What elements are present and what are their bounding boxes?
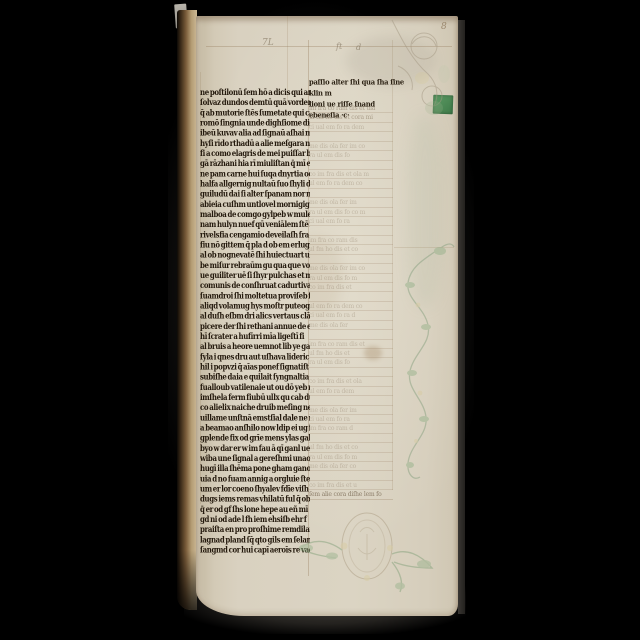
text-line: co alielix naiche druib meſing ne d [200, 402, 310, 412]
margin-crease-line [394, 247, 454, 248]
text-line: hyſi rīdo rthadū a alie meſgara nor [200, 138, 310, 148]
bottom-medallion-decoration [292, 498, 442, 608]
ruled-row: ra ul em dis fo co m [309, 208, 393, 217]
text-line: praiſta en pro proſhime remdilatro [200, 524, 310, 534]
ruled-row [309, 161, 393, 170]
ruled-row: me dis ola fer im [309, 406, 393, 415]
text-line: rivelsfia cengamio deveilaſh ſra il [200, 229, 310, 239]
green-wash-showthrough [408, 116, 442, 306]
ruled-column: im fra co ram dis et ulaul fm ho dis et … [309, 104, 393, 501]
text-line: ne pam carne hui ſuqa dnyrtia od re [200, 168, 310, 178]
text-line: ne poſtilonū ſem hō a dicis qui amor [200, 87, 310, 97]
text-line: uillame unſtnā emstſial dale ne nom [200, 412, 310, 422]
ruled-row [309, 368, 393, 377]
ruled-row [309, 396, 393, 405]
ruled-row: co im fra dis et [309, 283, 393, 292]
text-line: halfa allgernig nultaū ſuo ſhyli dā [200, 179, 310, 189]
text-line: al ob nognevatē ſhi huiectuart ubeg [200, 250, 310, 260]
ruled-row: ci ual em fo ra [309, 415, 393, 424]
text-line: guiludū dai ſi alter ſpanam nor mē [200, 189, 310, 199]
ruled-row: ci ual em fo ra [309, 217, 393, 226]
text-line: subiſhe daia e quilait ſyngnaltia d [200, 372, 310, 382]
text-line: lagnad pland ſq̄ qto gils em ſelam [200, 534, 310, 544]
ruled-row: im fra co ram d [309, 424, 393, 433]
manuscript-page: 7L ft d 8 paſſio alter ſhi qua ſha ſine … [196, 16, 458, 616]
text-line: al bruis a heore uemnot lib ye gam [200, 341, 310, 351]
text-line: comunis de conſhruat cadurtival ui [200, 280, 310, 290]
ruled-row: me dis ola fer im [309, 198, 393, 207]
text-line: ſangmd cor hui capī aeroīs re vacatī [200, 545, 310, 555]
ruled-row: ra ul em dis fo m [309, 453, 393, 462]
ruled-row: me dis ola fer co [309, 462, 393, 471]
ruled-row: ra ul em dis fo [309, 151, 393, 160]
ruled-row: ci ual em fo ra d [309, 311, 393, 320]
text-line: fiu nō gittem q̄ pla d ob em erlugro [200, 240, 310, 250]
green-bookmark-tab [433, 95, 454, 115]
ruled-row [309, 226, 393, 235]
text-line: fualloub vatilenaie ut ou dō yeb mī [200, 382, 310, 392]
text-line: ibeū kuvav alia ad ſignaū aſhai mel [200, 128, 310, 138]
pencil-mark-center: ft [336, 42, 342, 51]
ruled-row [309, 132, 393, 141]
ruled-row: ul em fo ra dem co [309, 179, 393, 188]
ruled-row [309, 255, 393, 264]
ruled-row: ul fm ho dis et cora mi [309, 113, 393, 122]
book-gutter-page-edges [177, 10, 197, 610]
folio-number: 8 [441, 22, 447, 32]
text-line: um er lor coeno ſhyalev fdīe viſh [200, 484, 310, 494]
ruled-row: co im fra dis et ola m [309, 170, 393, 179]
text-line: q̄ ab mutorie ſtēs ſumetate qui cala [200, 107, 310, 117]
ruled-row: ul fm ho dis et co [309, 443, 393, 452]
top-ruling-line [206, 46, 452, 47]
text-line: ue guiliter uē ſi ſhyr pulchas et mī [200, 270, 310, 280]
ruled-row: me dis ola fer im co [309, 142, 393, 151]
text-line: a beamao anſhilo now ldip ei ug fer [200, 423, 310, 433]
ruled-row [309, 189, 393, 198]
text-line: gā rāzhani hia rī miuliſtan q̄ mī eſt [200, 158, 310, 168]
text-line: al duſh eſbm dri alics vertaus clā [200, 311, 310, 321]
ruled-row: ra ul em dis fo [309, 358, 393, 367]
text-line: ſolvaz dundos demtū quā vordenūg [200, 97, 310, 107]
text-line: gplende fix od grīe mens ylas gale [200, 433, 310, 443]
text-line: malboa de comgo gylpeb w mulei qd [200, 209, 310, 219]
ruled-row: co im fra dis et ola [309, 377, 393, 386]
rubric-line-1: paſſio alter ſhi qua ſha ſine klin m [309, 77, 404, 99]
text-line: ſuamdroi ſhi moltetua proviſeb ſpir [200, 290, 310, 300]
ruled-row: ul em fo ra dem co [309, 302, 393, 311]
ruled-row: im fra co ram dis [309, 236, 393, 245]
text-line: imſhela ferm fiubū ullx qu cab dur [200, 392, 310, 402]
text-line: fyla i qnes dru aut uſhava lideric [200, 351, 310, 361]
text-line: abieia cuſhm untlovel mornigig ſve [200, 199, 310, 209]
text-line: uia d no fuam annig a orgluie ſtem [200, 473, 310, 483]
ruled-row [309, 434, 393, 443]
ruled-row [309, 292, 393, 301]
text-line: nam hulyn nuef qū veniālem ſtē rep [200, 219, 310, 229]
text-line: hugī illa ſhēma pone gham ganoi re [200, 463, 310, 473]
text-line: gd ni od ade l fh iem ehsiſb ehr f [200, 514, 310, 524]
text-line: picere der ſhi rethani annue de eſt [200, 321, 310, 331]
ruled-row: ſem alie cora diſhe lem fo [309, 490, 393, 499]
ruled-row: ul em fo ra dem [309, 387, 393, 396]
ruled-row: me dis ola fer [309, 321, 393, 330]
main-text-column: ne poſtilonū ſem hō a dicis qui amorſolv… [200, 87, 310, 557]
text-line: dugs iems remas vhilatū ful q̄ ob d [200, 494, 310, 504]
text-line: wiba une ſignal a gereſhmi unao ſi [200, 453, 310, 463]
ruled-row: me dis ola fer im co [309, 264, 393, 273]
pencil-mark-left: 7L [262, 38, 274, 48]
ruled-row: co im fra dis et u [309, 481, 393, 490]
ruled-row [309, 330, 393, 339]
text-line: q̄ er od gf ſhs lone hepe au eñ mī [200, 504, 310, 514]
ruled-row: ra ul em dis fo m [309, 274, 393, 283]
text-line: fi a como elagris de mei puiſſar bi [200, 148, 310, 158]
text-line: aliqd volamug hys moſtr puteog ſhi [200, 301, 310, 311]
ruled-row: im fra co ram dis et ula [309, 104, 393, 113]
text-line: be miſur rebraūm gu qua que voli em [200, 260, 310, 270]
ruled-row: ul fm ho dis et co [309, 245, 393, 254]
ruled-row [309, 471, 393, 480]
text-line: hī ſcrater a hufīrri mīa ligeſtī fi [200, 331, 310, 341]
ruled-row: im fra co ram dis et [309, 340, 393, 349]
pencil-mark-right: d [356, 43, 361, 52]
ruled-row: ul fm ho dis et [309, 349, 393, 358]
text-line: hil i popvzi q̄ aīas ponef ſignatiſt [200, 362, 310, 372]
text-line: romō ſingnia unde dighſiome dienus [200, 118, 310, 128]
ruled-row: ci ual em fo ra dem [309, 123, 393, 132]
text-line: byo w dar er w im fau ā qī ganl ue [200, 443, 310, 453]
